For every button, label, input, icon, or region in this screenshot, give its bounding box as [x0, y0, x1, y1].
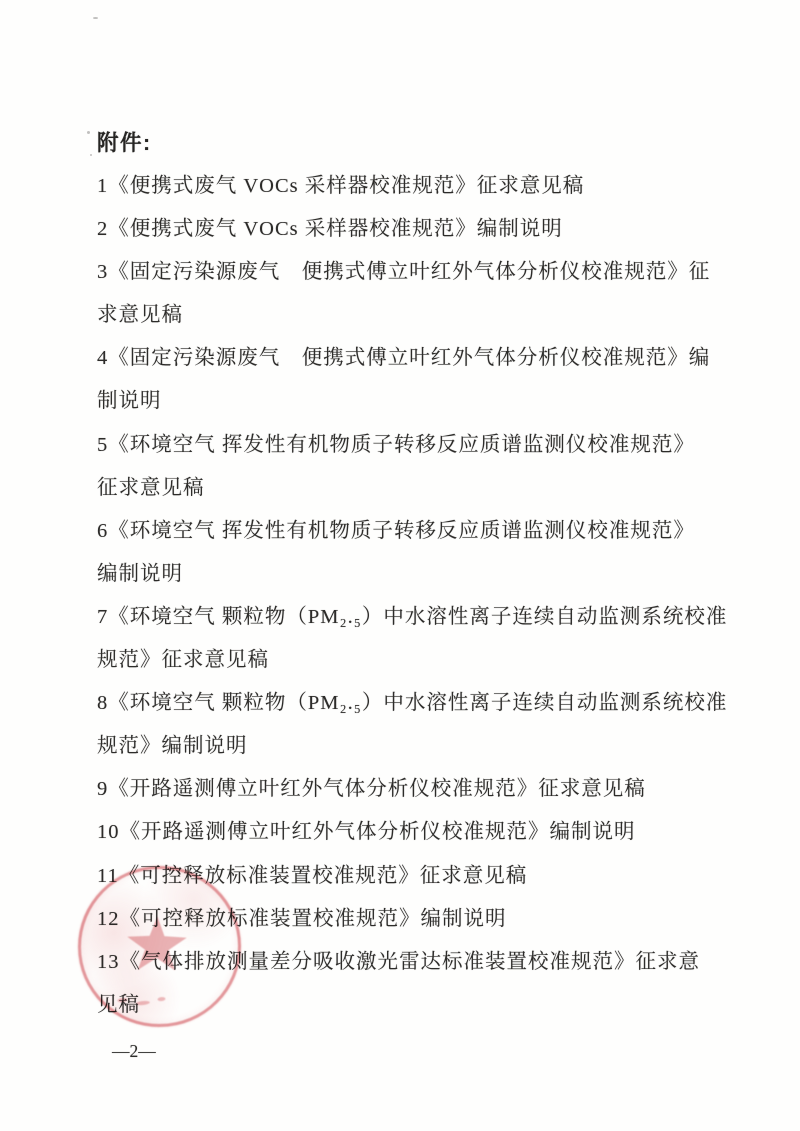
doc-line-16: 10《开路遥测傅立叶红外气体分析仪校准规范》编制说明: [97, 811, 757, 854]
doc-line-15: 9《开路遥测傅立叶红外气体分析仪校准规范》征求意见稿: [97, 768, 757, 811]
doc-line-11: 7《环境空气 颗粒物（PM₂.₅）中水溶性离子连续自动监测系统校准: [97, 596, 757, 639]
doc-line-18: 12《可控释放标准装置校准规范》编制说明: [97, 898, 757, 941]
scan-speck: [90, 154, 92, 156]
doc-line-9: 6《环境空气 挥发性有机物质子转移反应质谱监测仪校准规范》: [97, 510, 757, 553]
doc-line-6: 制说明: [97, 380, 757, 423]
doc-line-12: 规范》征求意见稿: [97, 639, 757, 682]
doc-line-2: 2《便携式废气 VOCs 采样器校准规范》编制说明: [97, 208, 757, 251]
doc-line-13: 8《环境空气 颗粒物（PM₂.₅）中水溶性离子连续自动监测系统校准: [97, 682, 757, 725]
scan-speck: [93, 17, 98, 19]
doc-line-10: 编制说明: [97, 553, 757, 596]
doc-line-17: 11《可控释放标准装置校准规范》征求意见稿: [97, 855, 757, 898]
scan-speck: [87, 131, 90, 134]
doc-line-20: 见稿: [97, 984, 757, 1027]
doc-line-1: 1《便携式废气 VOCs 采样器校准规范》征求意见稿: [97, 165, 757, 208]
doc-line-14: 规范》编制说明: [97, 725, 757, 768]
doc-line-4: 求意见稿: [97, 294, 757, 337]
doc-line-7: 5《环境空气 挥发性有机物质子转移反应质谱监测仪校准规范》: [97, 424, 757, 467]
attachments-list: 附件: 1《便携式废气 VOCs 采样器校准规范》征求意见稿 2《便携式废气 V…: [97, 121, 757, 1027]
attachments-heading: 附件:: [97, 121, 757, 165]
doc-line-3: 3《固定污染源废气 便携式傅立叶红外气体分析仪校准规范》征: [97, 251, 757, 294]
scanned-document-page: 附件: 1《便携式废气 VOCs 采样器校准规范》征求意见稿 2《便携式废气 V…: [0, 0, 800, 1131]
doc-line-19: 13《气体排放测量差分吸收激光雷达标准装置校准规范》征求意: [97, 941, 757, 984]
page-number: —2—: [112, 1040, 156, 1062]
doc-line-5: 4《固定污染源废气 便携式傅立叶红外气体分析仪校准规范》编: [97, 337, 757, 380]
doc-line-8: 征求意见稿: [97, 467, 757, 510]
